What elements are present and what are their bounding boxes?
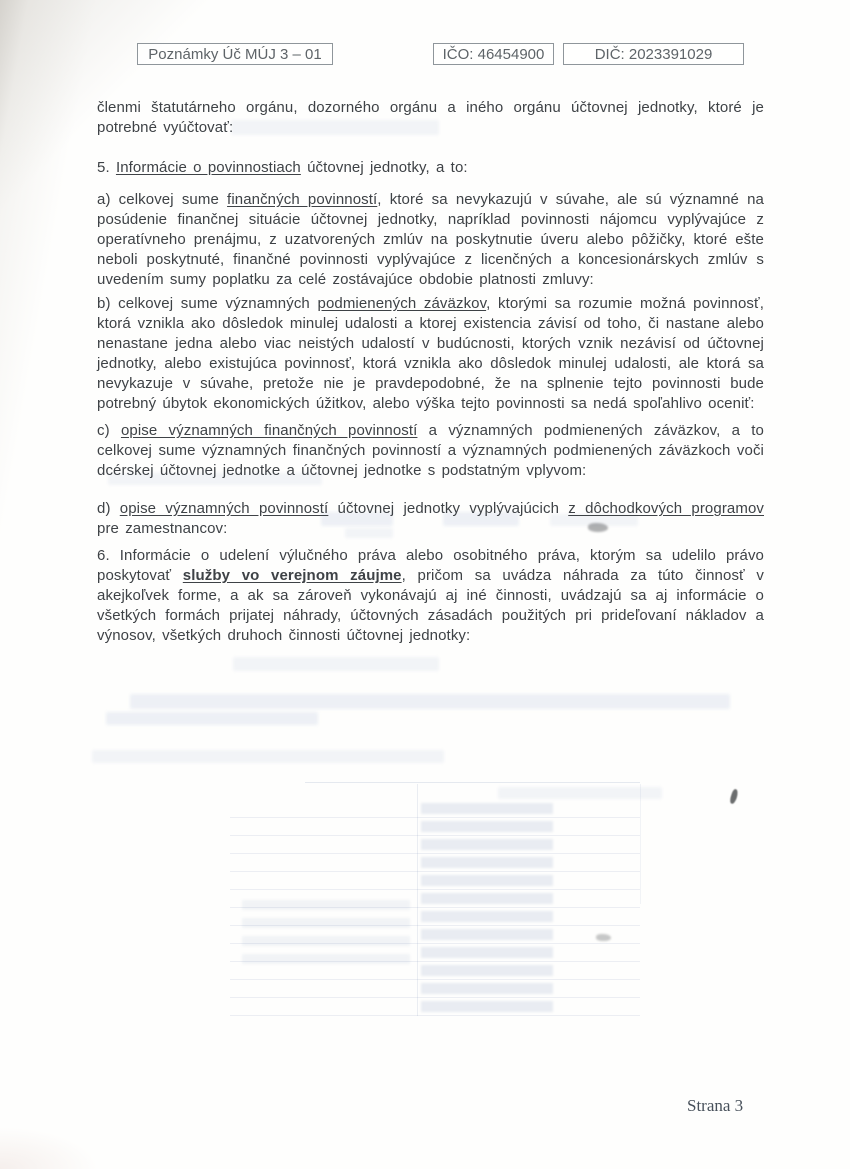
text-segment: c) — [97, 422, 121, 439]
text-segment: opise významných povinností — [120, 500, 329, 517]
bleedthrough-text — [498, 787, 662, 799]
paragraph-intro: členmi štatutárneho orgánu, dozorného or… — [97, 98, 764, 138]
scanned-document-page: Poznámky Úč MÚJ 3 – 01 IČO: 46454900 DIČ… — [0, 0, 850, 1169]
document-body: členmi štatutárneho orgánu, dozorného or… — [97, 98, 764, 646]
bleedthrough-table-border — [640, 784, 641, 904]
text-segment: a) celkovej sume — [97, 191, 227, 208]
text-segment: účtovnej jednotky vyplývajúcich — [328, 500, 568, 517]
paragraph-item-6: 6. Informácie o udelení výlučného práva … — [97, 546, 764, 646]
text-segment: 5. — [97, 159, 116, 176]
text-segment: opise významných finančných povinností — [121, 422, 418, 439]
form-code-label: Poznámky Úč MÚJ 3 – 01 — [148, 46, 321, 63]
bleedthrough-table-text — [242, 900, 410, 972]
text-segment: finančných povinností — [227, 191, 377, 208]
dic-label: DIČ: 2023391029 — [595, 46, 713, 63]
bleedthrough-text — [106, 712, 318, 725]
paragraph-item-5: 5. Informácie o povinnostiach účtovnej j… — [97, 158, 764, 178]
text-segment: b) celkovej sume významných — [97, 295, 318, 312]
text-segment: podmienených záväzkov — [318, 295, 487, 312]
ink-smudge — [596, 934, 611, 941]
paragraph-item-5d: d) opise významných povinností účtovnej … — [97, 499, 764, 539]
text-segment: Informácie o povinnostiach — [116, 159, 301, 176]
bleedthrough-text — [92, 750, 444, 763]
dic-box: DIČ: 2023391029 — [563, 43, 744, 65]
bleedthrough-table-border — [305, 782, 640, 783]
text-segment: pre zamestnancov: — [97, 520, 227, 537]
text-segment: služby vo verejnom záujme — [183, 567, 402, 584]
text-segment: členmi štatutárneho orgánu, dozorného or… — [97, 99, 764, 136]
text-segment: , ktorými sa rozumie možná povinnosť, kt… — [97, 295, 764, 412]
text-segment: d) — [97, 500, 120, 517]
paragraph-item-5c: c) opise významných finančných povinnost… — [97, 421, 764, 481]
page-number: Strana 3 — [687, 1096, 743, 1116]
paragraph-item-5b: b) celkovej sume významných podmienených… — [97, 294, 764, 414]
form-code-box: Poznámky Úč MÚJ 3 – 01 — [137, 43, 333, 65]
text-segment: účtovnej jednotky, a to: — [301, 159, 468, 176]
bleedthrough-text — [130, 694, 730, 709]
text-segment: z dôchodkových programov — [568, 500, 764, 517]
ico-box: IČO: 46454900 — [433, 43, 554, 65]
ico-label: IČO: 46454900 — [443, 46, 545, 63]
bleedthrough-table-text — [421, 803, 553, 1017]
bleedthrough-text — [233, 657, 439, 671]
bleedthrough-table-border — [417, 784, 418, 1016]
paragraph-item-5a: a) celkovej sume finančných povinností, … — [97, 190, 764, 290]
ink-speck — [729, 788, 739, 804]
bleedthrough-table-rows — [230, 800, 640, 1016]
